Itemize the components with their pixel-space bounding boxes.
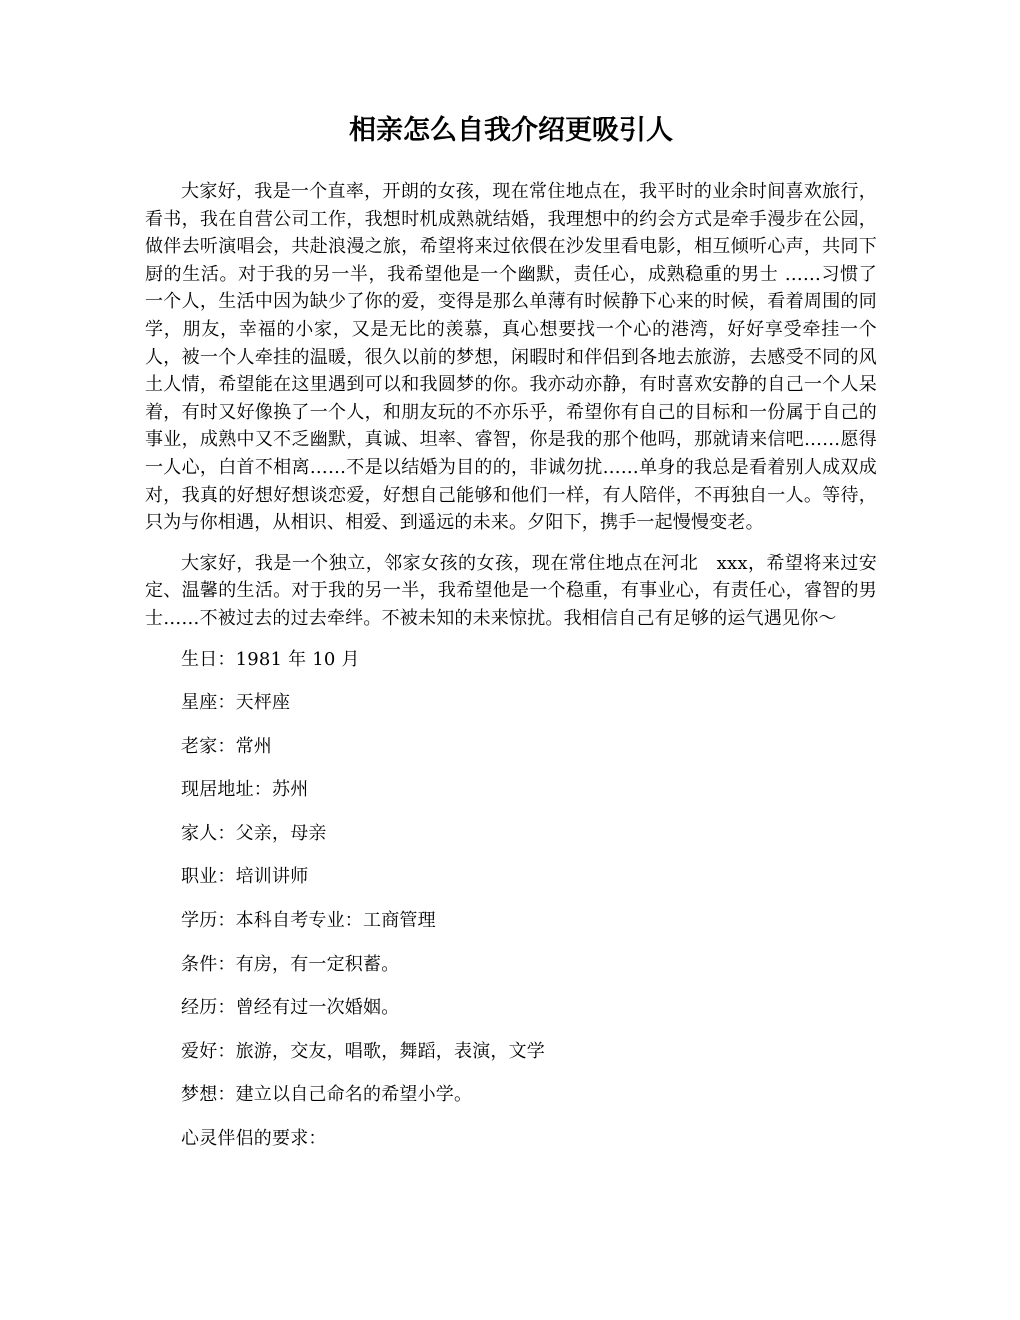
profile-item-birthday: 生日：1981 年 10 月: [145, 646, 877, 674]
document-page: 相亲怎么自我介绍更吸引人 大家好，我是一个直率，开朗的女孩，现在常住地点在，我平…: [0, 0, 1020, 1320]
profile-item-assets: 条件：有房，有一定积蓄。: [145, 951, 877, 979]
profile-item-soulmate-requirements: 心灵伴侣的要求：: [145, 1125, 877, 1153]
profile-item-hobbies: 爱好：旅游，交友，唱歌，舞蹈，表演，文学: [145, 1038, 877, 1066]
profile-item-current-address: 现居地址：苏州: [145, 776, 877, 804]
intro-paragraph-1: 大家好，我是一个直率，开朗的女孩，现在常住地点在，我平时的业余时间喜欢旅行，看书…: [145, 178, 877, 537]
intro-paragraph-2: 大家好，我是一个独立，邻家女孩的女孩，现在常住地点在河北 xxx，希望将来过安定…: [145, 550, 877, 633]
profile-item-zodiac: 星座：天枰座: [145, 689, 877, 717]
profile-item-experience: 经历：曾经有过一次婚姻。: [145, 994, 877, 1022]
document-title: 相亲怎么自我介绍更吸引人: [145, 112, 877, 150]
profile-item-family: 家人：父亲，母亲: [145, 820, 877, 848]
profile-item-education: 学历：本科自考专业：工商管理: [145, 907, 877, 935]
profile-item-occupation: 职业：培训讲师: [145, 863, 877, 891]
profile-item-dream: 梦想：建立以自己命名的希望小学。: [145, 1081, 877, 1109]
profile-item-hometown: 老家：常州: [145, 733, 877, 761]
